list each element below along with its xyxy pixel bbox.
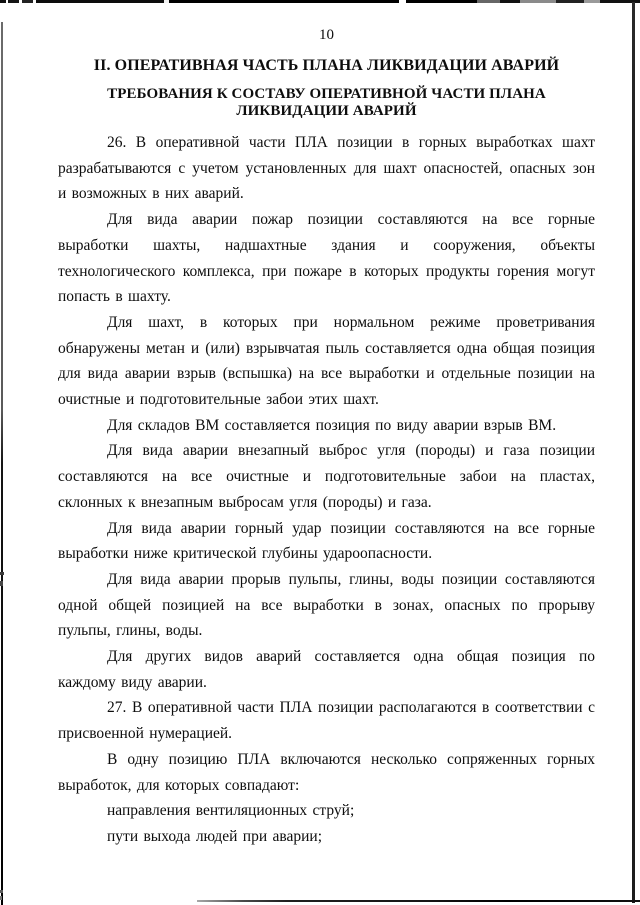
list-item-ventilation: направления вентиляционных струй; — [58, 798, 595, 824]
paragraph-outburst: Для вида аварии внезапный выброс угля (п… — [58, 438, 595, 515]
scan-mark — [0, 890, 3, 893]
document-page: 10 II. ОПЕРАТИВНАЯ ЧАСТЬ ПЛАНА ЛИКВИДАЦИ… — [0, 0, 640, 905]
scan-mark — [0, 896, 2, 900]
paragraph-27: 27. В оперативной части ПЛА позиции расп… — [58, 695, 595, 746]
paragraph-one-position: В одну позицию ПЛА включаются несколько … — [58, 747, 595, 798]
section-subheading: ТРЕБОВАНИЯ К СОСТАВУ ОПЕРАТИВНОЙ ЧАСТИ П… — [58, 86, 595, 120]
body-text: 26. В оперативной части ПЛА позиции в го… — [58, 130, 595, 850]
paragraph-rockburst: Для вида аварии горный удар позиции сост… — [58, 516, 595, 567]
scan-mark — [0, 581, 3, 586]
paragraph-inrush: Для вида аварии прорыв пульпы, глины, во… — [58, 567, 595, 644]
page-number: 10 — [58, 27, 595, 44]
paragraph-other-accidents: Для других видов аварий составляется одн… — [58, 644, 595, 695]
paragraph-methane: Для шахт, в которых при нормальном режим… — [58, 310, 595, 413]
page-content: 10 II. ОПЕРАТИВНАЯ ЧАСТЬ ПЛАНА ЛИКВИДАЦИ… — [58, 0, 595, 905]
scan-mark — [0, 572, 4, 575]
scan-edge-left — [1, 22, 3, 905]
paragraph-fire: Для вида аварии пожар позиции составляют… — [58, 207, 595, 310]
paragraph-26: 26. В оперативной части ПЛА позиции в го… — [58, 130, 595, 207]
scan-edge-right — [632, 2, 635, 903]
section-heading: II. ОПЕРАТИВНАЯ ЧАСТЬ ПЛАНА ЛИКВИДАЦИИ А… — [58, 57, 595, 75]
list-item-escape-routes: пути выхода людей при аварии; — [58, 824, 595, 850]
paragraph-vm-storage: Для складов ВМ составляется позиция по в… — [58, 413, 595, 439]
